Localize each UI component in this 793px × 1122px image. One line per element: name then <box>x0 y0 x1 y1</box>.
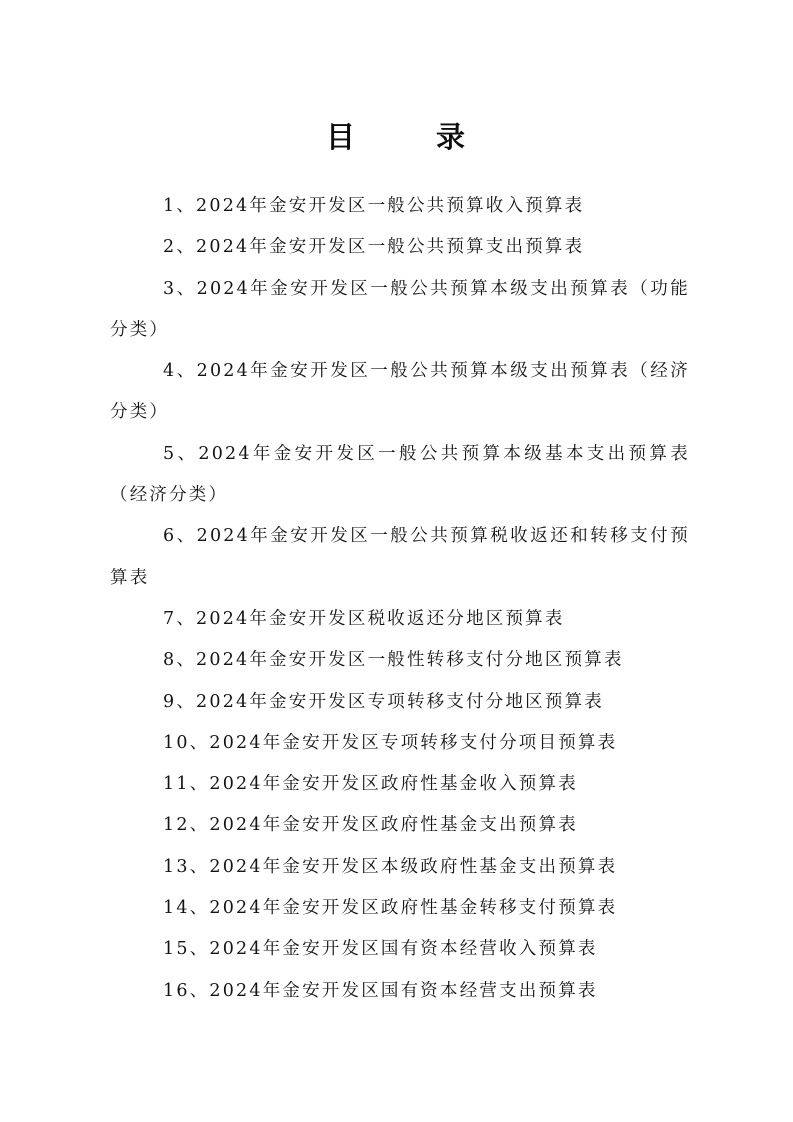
toc-item-5: 5、2024年金安开发区一般公共预算本级基本支出预算表（经济分类） <box>110 434 690 517</box>
toc-item-9: 9、2024年金安开发区专项转移支付分地区预算表 <box>110 682 690 723</box>
toc-item-2: 2、2024年金安开发区一般公共预算支出预算表 <box>110 227 690 268</box>
toc-item-3: 3、2024年金安开发区一般公共预算本级支出预算表（功能分类） <box>110 269 690 352</box>
toc-item-7: 7、2024年金安开发区税收返还分地区预算表 <box>110 599 690 640</box>
toc-item-11: 11、2024年金安开发区政府性基金收入预算表 <box>110 764 690 805</box>
toc-item-16: 16、2024年金安开发区国有资本经营支出预算表 <box>110 971 690 1012</box>
toc-item-4: 4、2024年金安开发区一般公共预算本级支出预算表（经济分类） <box>110 351 690 434</box>
toc-item-14: 14、2024年金安开发区政府性基金转移支付预算表 <box>110 888 690 929</box>
toc-item-12: 12、2024年金安开发区政府性基金支出预算表 <box>110 805 690 846</box>
toc-item-8: 8、2024年金安开发区一般性转移支付分地区预算表 <box>110 640 690 681</box>
page-title: 目 录 <box>0 115 793 159</box>
toc-item-15: 15、2024年金安开发区国有资本经营收入预算表 <box>110 929 690 970</box>
toc-item-1: 1、2024年金安开发区一般公共预算收入预算表 <box>110 186 690 227</box>
document-page: 目 录 1、2024年金安开发区一般公共预算收入预算表 2、2024年金安开发区… <box>0 0 793 1122</box>
toc-item-13: 13、2024年金安开发区本级政府性基金支出预算表 <box>110 847 690 888</box>
toc-item-10: 10、2024年金安开发区专项转移支付分项目预算表 <box>110 723 690 764</box>
toc-item-6: 6、2024年金安开发区一般公共预算税收返还和转移支付预算表 <box>110 516 690 599</box>
table-of-contents: 1、2024年金安开发区一般公共预算收入预算表 2、2024年金安开发区一般公共… <box>110 186 690 1012</box>
